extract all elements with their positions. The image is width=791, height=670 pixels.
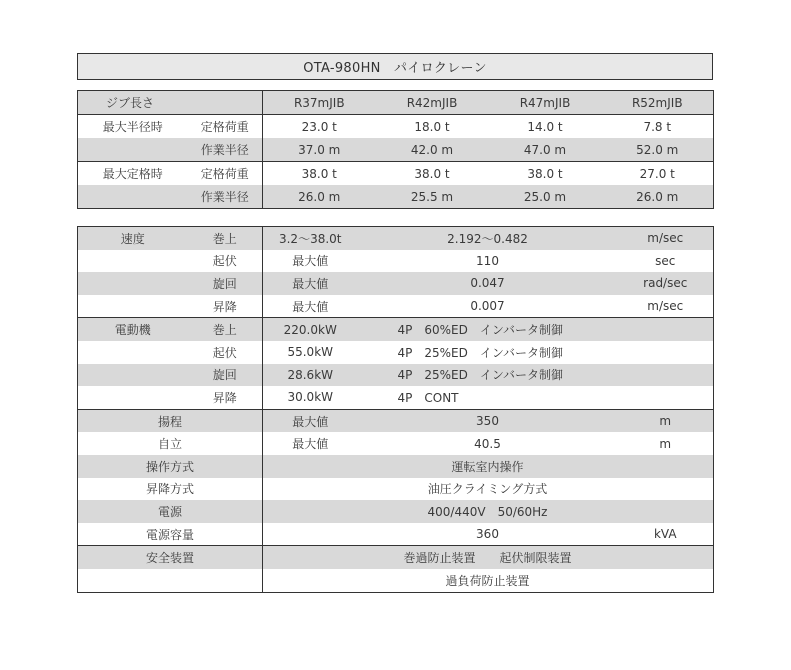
lift-height-label: 揚程 [78,409,263,432]
unit-label: sec [618,250,714,273]
jib-header-row: ジブ長さ R37mJIB R42mJIB R47mJIB R52mJIB [78,91,714,115]
cell-value: 18.0 t [376,115,489,139]
cell-value: 37.0 m [263,138,376,162]
cell-value: 25.0 m [489,185,602,209]
cell-value: 油圧クライミング方式 [358,478,618,501]
condition-value: 最大値 [263,272,358,295]
cell-value: 26.0 m [602,185,714,209]
row-item-label: 昇降 [188,386,263,409]
condition-value: 最大値 [263,409,358,432]
condition-value: 最大値 [263,432,358,455]
condition-value: 最大値 [263,250,358,273]
row-item-label: 定格荷重 [188,115,263,139]
table-row: 起伏 最大値 110 sec [78,250,714,273]
unit-label: rad/sec [618,272,714,295]
power-capacity-label: 電源容量 [78,523,263,546]
section-label-speed: 速度 [78,227,188,250]
power-value: 30.0kW [263,386,358,409]
unit-label: m [618,409,714,432]
row-item-label: 起伏 [188,341,263,364]
cell-value: 360 [358,523,618,546]
cell-value: 27.0 t [602,162,714,186]
cell-value: 運転室内操作 [358,455,618,478]
spec-table: 速度 巻上 3.2〜38.0t 2.192〜0.482 m/sec 起伏 最大値… [77,226,714,593]
table-row: 最大定格時 定格荷重 38.0 t 38.0 t 38.0 t 27.0 t [78,162,714,186]
table-row: 作業半径 26.0 m 25.5 m 25.0 m 26.0 m [78,185,714,209]
condition-value: 3.2〜38.0t [263,227,358,250]
motor-spec: 4P 60%ED インバータ制御 [358,318,714,341]
cell-value: 52.0 m [602,138,714,162]
condition-value: 最大値 [263,295,358,318]
cell-value: 38.0 t [489,162,602,186]
freestanding-label: 自立 [78,432,263,455]
column-header: R47mJIB [489,91,602,115]
page-title: OTA-980HN パイロクレーン [77,53,713,80]
motor-spec: 4P 25%ED インバータ制御 [358,341,714,364]
row-group-label [78,138,188,162]
row-item-label: 定格荷重 [188,162,263,186]
cell-value: 38.0 t [263,162,376,186]
row-item-label: 昇降 [188,295,263,318]
motor-spec: 4P 25%ED インバータ制御 [358,364,714,387]
row-item-label: 旋回 [188,364,263,387]
cell-value: 0.047 [358,272,618,295]
table-row: 過負荷防止装置 [78,569,714,592]
unit-label: m/sec [618,227,714,250]
jib-length-label: ジブ長さ [78,91,263,115]
unit-label: m [618,432,714,455]
row-item-label: 起伏 [188,250,263,273]
table-row: 昇降 30.0kW 4P CONT [78,386,714,409]
power-source-label: 電源 [78,500,263,523]
unit-label: kVA [618,523,714,546]
cell-value: 42.0 m [376,138,489,162]
table-row: 操作方式 運転室内操作 [78,455,714,478]
cell-value: 26.0 m [263,185,376,209]
table-row: 自立 最大値 40.5 m [78,432,714,455]
cell-value: 38.0 t [376,162,489,186]
column-header: R37mJIB [263,91,376,115]
cell-value: 14.0 t [489,115,602,139]
row-group-label: 最大半径時 [78,115,188,139]
row-group-label: 最大定格時 [78,162,188,186]
power-value: 220.0kW [263,318,358,341]
motor-spec: 4P CONT [358,386,714,409]
safety-device-label: 安全装置 [78,546,263,569]
cell-value: 2.192〜0.482 [358,227,618,250]
cell-value: 350 [358,409,618,432]
row-group-label [78,185,188,209]
table-row: 電動機 巻上 220.0kW 4P 60%ED インバータ制御 [78,318,714,341]
cell-value: 25.5 m [376,185,489,209]
cell-value: 400/440V 50/60Hz [358,500,618,523]
row-item-label: 巻上 [188,318,263,341]
operation-method-label: 操作方式 [78,455,263,478]
table-row: 昇降 最大値 0.007 m/sec [78,295,714,318]
table-row: 起伏 55.0kW 4P 25%ED インバータ制御 [78,341,714,364]
table-row: 揚程 最大値 350 m [78,409,714,432]
cell-value: 0.007 [358,295,618,318]
table-row: 旋回 28.6kW 4P 25%ED インバータ制御 [78,364,714,387]
row-item-label: 作業半径 [188,138,263,162]
cell-value: 40.5 [358,432,618,455]
table-row: 電源 400/440V 50/60Hz [78,500,714,523]
cell-value: 7.8 t [602,115,714,139]
cell-value: 47.0 m [489,138,602,162]
table-row: 電源容量 360 kVA [78,523,714,546]
jib-length-table: ジブ長さ R37mJIB R42mJIB R47mJIB R52mJIB 最大半… [77,90,714,209]
cell-value: 110 [358,250,618,273]
unit-label: m/sec [618,295,714,318]
safety-devices-line1: 巻過防止装置 起伏制限装置 [358,546,618,569]
column-header: R42mJIB [376,91,489,115]
climbing-method-label: 昇降方式 [78,478,263,501]
table-row: 昇降方式 油圧クライミング方式 [78,478,714,501]
power-value: 55.0kW [263,341,358,364]
table-row: 速度 巻上 3.2〜38.0t 2.192〜0.482 m/sec [78,227,714,250]
table-row: 作業半径 37.0 m 42.0 m 47.0 m 52.0 m [78,138,714,162]
row-item-label: 作業半径 [188,185,263,209]
row-item-label: 巻上 [188,227,263,250]
table-row: 旋回 最大値 0.047 rad/sec [78,272,714,295]
column-header: R52mJIB [602,91,714,115]
row-item-label: 旋回 [188,272,263,295]
safety-devices-line2: 過負荷防止装置 [358,569,618,592]
section-label-motor: 電動機 [78,318,188,341]
cell-value: 23.0 t [263,115,376,139]
table-row: 安全装置 巻過防止装置 起伏制限装置 [78,546,714,569]
table-row: 最大半径時 定格荷重 23.0 t 18.0 t 14.0 t 7.8 t [78,115,714,139]
power-value: 28.6kW [263,364,358,387]
